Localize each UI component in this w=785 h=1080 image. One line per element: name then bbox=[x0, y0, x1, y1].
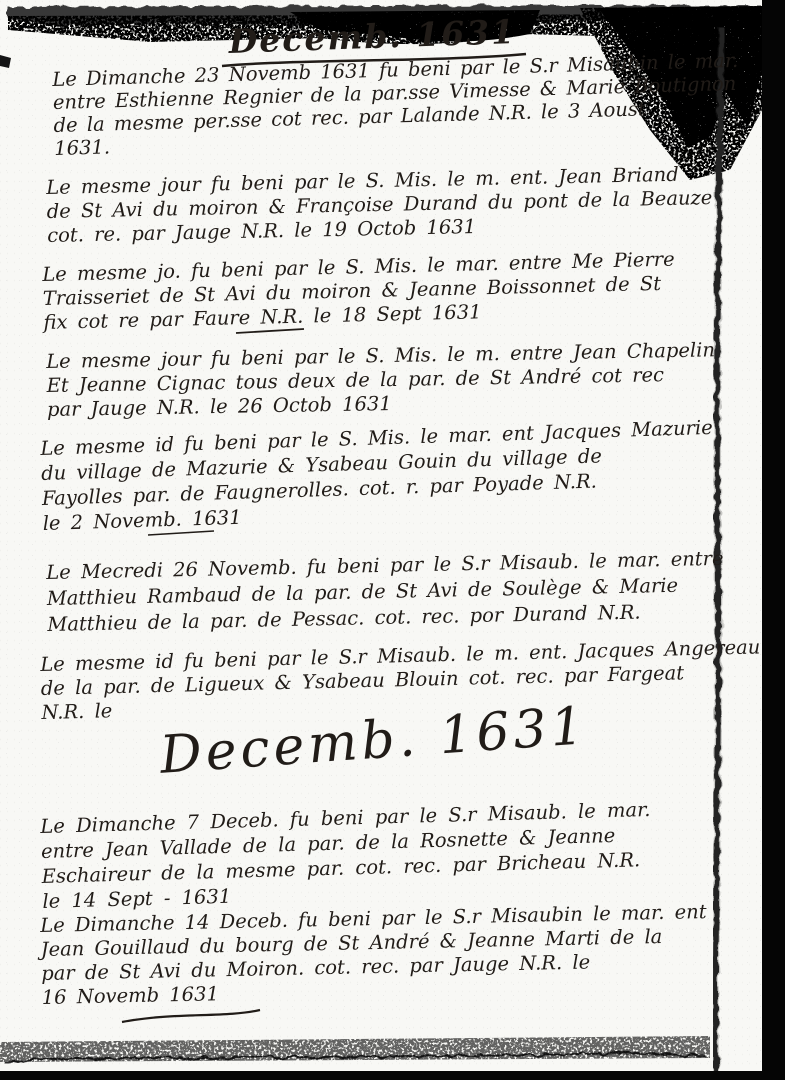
month-header-title: Decemb. 1631 bbox=[228, 12, 517, 61]
register-entry-8: Le Dimanche 7 Deceb. fu beni par le S.r … bbox=[40, 797, 653, 914]
register-entry-9: Le Dimanche 14 Deceb. fu beni par le S.r… bbox=[40, 900, 708, 1010]
left-edge-mark bbox=[0, 55, 11, 68]
scanned-register-page: Decemb. 1631 Le Dimanche 23 Novemb 1631 … bbox=[0, 0, 785, 1080]
bottom-speckle-strip bbox=[0, 1036, 710, 1062]
bottom-scan-line bbox=[2, 1053, 705, 1061]
register-entry-2: Le mesme jour fu beni par le S. Mis. le … bbox=[46, 162, 713, 248]
register-entry-5: Le mesme id fu beni par le S. Mis. le ma… bbox=[40, 415, 715, 536]
register-entry-4: Le mesme jour fu beni par le S. Mis. le … bbox=[46, 338, 716, 422]
register-entry-6: Le Mecredi 26 Novemb. fu beni par le S.r… bbox=[46, 546, 725, 638]
bottom-black-strip bbox=[0, 1071, 785, 1080]
entry9-final-underline bbox=[122, 1010, 260, 1022]
right-black-strip bbox=[762, 0, 785, 1080]
register-entry-1: Le Dimanche 23 Novemb 1631 fu beni par l… bbox=[52, 49, 740, 160]
register-entry-3: Le mesme jo. fu beni par le S. Mis. le m… bbox=[42, 248, 676, 335]
